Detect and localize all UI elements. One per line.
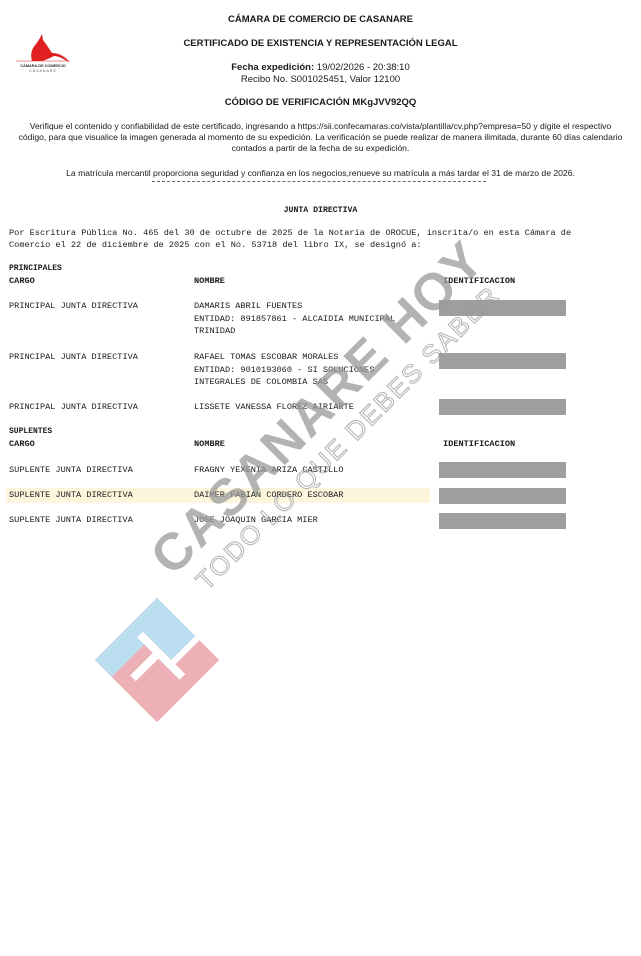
col-header-identificacion: IDENTIFICACION: [443, 439, 515, 449]
redacted-id: [439, 488, 566, 504]
receipt-info: Recibo No. S001025451, Valor 12100: [0, 74, 641, 85]
col-header-nombre: NOMBRE: [194, 276, 225, 286]
issue-date-label: Fecha expedición:: [231, 62, 314, 73]
chamber-title: CÁMARA DE COMERCIO DE CASANARE: [0, 14, 641, 25]
issue-date: Fecha expedición: 19/02/2026 - 20:38:10: [0, 62, 641, 73]
cargo-cell: PRINCIPAL JUNTA DIRECTIVA: [9, 401, 138, 414]
col-header-nombre: NOMBRE: [194, 439, 225, 449]
redacted-id: [439, 399, 566, 415]
nombre-cell: DAIMER FABIAN CORDERO ESCOBAR: [194, 489, 344, 502]
intro-paragraph: Por Escritura Pública No. 465 del 30 de …: [9, 228, 634, 251]
nombre-cell: DAMARIS ABRIL FUENTES ENTIDAD: 891857861…: [194, 300, 395, 338]
verification-notice: Verifique el contenido y confiabilidad d…: [18, 121, 623, 154]
nombre-cell: RAFAEL TOMAS ESCOBAR MORALES ENTIDAD: 90…: [194, 351, 375, 389]
intro-line-2: Comercio el 22 de diciembre de 2025 con …: [9, 240, 422, 250]
verification-code: CÓDIGO DE VERIFICACIÓN MKgJVV92QQ: [0, 97, 641, 108]
principales-label: PRINCIPALES: [9, 264, 62, 273]
section-title: JUNTA DIRECTIVA: [0, 206, 641, 215]
nombre-cell: LISSETE VANESSA FLOREZ AIRIARTE: [194, 401, 354, 414]
redacted-id: [439, 353, 566, 369]
cargo-cell: PRINCIPAL JUNTA DIRECTIVA: [9, 351, 138, 364]
nombre-cell: JOSE JOAQUIN GARCIA MIER: [194, 514, 318, 527]
cargo-cell: PRINCIPAL JUNTA DIRECTIVA: [9, 300, 138, 313]
redacted-id: [439, 513, 566, 529]
issue-date-value: 19/02/2026 - 20:38:10: [317, 62, 410, 73]
dashed-divider: [152, 181, 486, 182]
cargo-cell: SUPLENTE JUNTA DIRECTIVA: [9, 489, 133, 502]
suplentes-label: SUPLENTES: [9, 427, 52, 436]
intro-line-1: Por Escritura Pública No. 465 del 30 de …: [9, 228, 571, 238]
nombre-cell: FRAGNY YEXENIA ARIZA CASTILLO: [194, 464, 344, 477]
col-header-cargo: CARGO: [9, 439, 35, 449]
cargo-cell: SUPLENTE JUNTA DIRECTIVA: [9, 514, 133, 527]
casanare-hoy-logo-icon: [95, 598, 219, 722]
cargo-cell: SUPLENTE JUNTA DIRECTIVA: [9, 464, 133, 477]
redacted-id: [439, 462, 566, 478]
renewal-notice: La matrícula mercantil proporciona segur…: [0, 168, 641, 178]
col-header-identificacion: IDENTIFICACION: [443, 276, 515, 286]
redacted-id: [439, 300, 566, 316]
certificate-title: CERTIFICADO DE EXISTENCIA Y REPRESENTACI…: [0, 38, 641, 49]
col-header-cargo: CARGO: [9, 276, 35, 286]
